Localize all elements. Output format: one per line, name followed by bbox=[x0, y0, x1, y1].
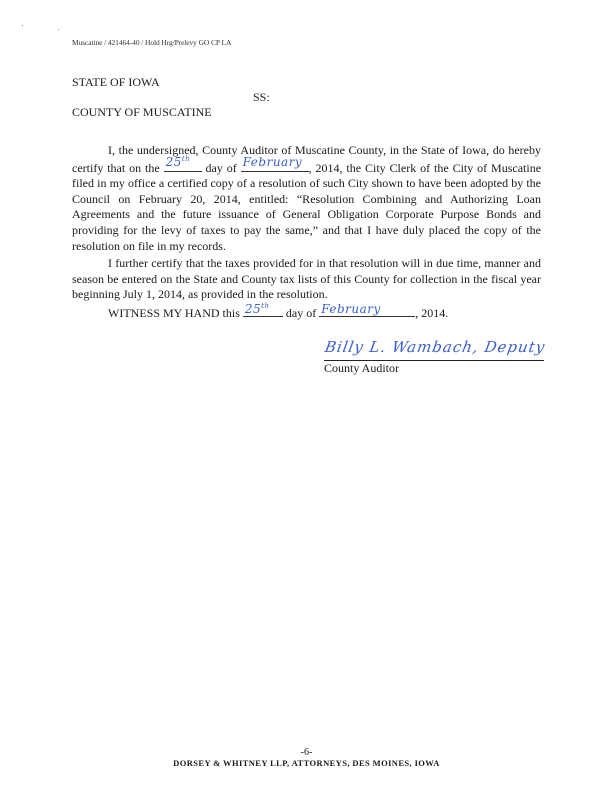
witness-day-blank: 25th bbox=[243, 304, 283, 317]
handwritten-day: 25th bbox=[166, 152, 191, 171]
tax-certification-paragraph: I further certify that the taxes provide… bbox=[72, 256, 541, 303]
scan-artifact bbox=[22, 25, 23, 26]
witness-month-blank: February bbox=[319, 304, 415, 317]
day-blank: 25th bbox=[164, 159, 202, 172]
page-number: -6- bbox=[0, 747, 613, 758]
caption-state: STATE OF IOWA bbox=[72, 75, 160, 90]
handwritten-month: February bbox=[321, 302, 381, 316]
paragraph-line: filed in my office a certified copy of a… bbox=[72, 176, 541, 192]
handwritten-day: 25th bbox=[245, 302, 270, 316]
paragraph-line: season be entered on the State and Count… bbox=[72, 272, 541, 288]
document-reference: Muscatine / 421464-40 / Hold Hrg/Prelevy… bbox=[72, 38, 231, 47]
handwritten-month: February bbox=[243, 155, 303, 171]
paragraph-line-with-blanks: certify that on the 25th day of February… bbox=[72, 159, 541, 177]
paragraph-line: I further certify that the taxes provide… bbox=[72, 256, 541, 272]
paragraph-line: providing for the levy of taxes to pay t… bbox=[72, 223, 541, 239]
certification-paragraph: I, the undersigned, County Auditor of Mu… bbox=[72, 143, 541, 254]
paragraph-line: beginning July 1, 2014, as provided in t… bbox=[72, 287, 541, 303]
signature-handwritten: Billy L. Wambach, Deputy bbox=[323, 338, 546, 356]
paragraph-line: I, the undersigned, County Auditor of Mu… bbox=[72, 143, 541, 159]
month-blank: February bbox=[241, 159, 309, 172]
paragraph-line: Agreements and the future issuance of Ge… bbox=[72, 207, 541, 223]
witness-line: WITNESS MY HAND this 25th day of Februar… bbox=[108, 304, 448, 321]
scan-artifact bbox=[58, 29, 59, 30]
signature-label: County Auditor bbox=[324, 361, 399, 376]
caption-county: COUNTY OF MUSCATINE bbox=[72, 105, 212, 120]
firm-footer: DORSEY & WHITNEY LLP, ATTORNEYS, DES MOI… bbox=[0, 758, 613, 768]
caption-ss: SS: bbox=[253, 90, 270, 105]
paragraph-line: Council on February 20, 2014, entitled: … bbox=[72, 192, 541, 208]
paragraph-line: resolution on file in my records. bbox=[72, 239, 541, 255]
